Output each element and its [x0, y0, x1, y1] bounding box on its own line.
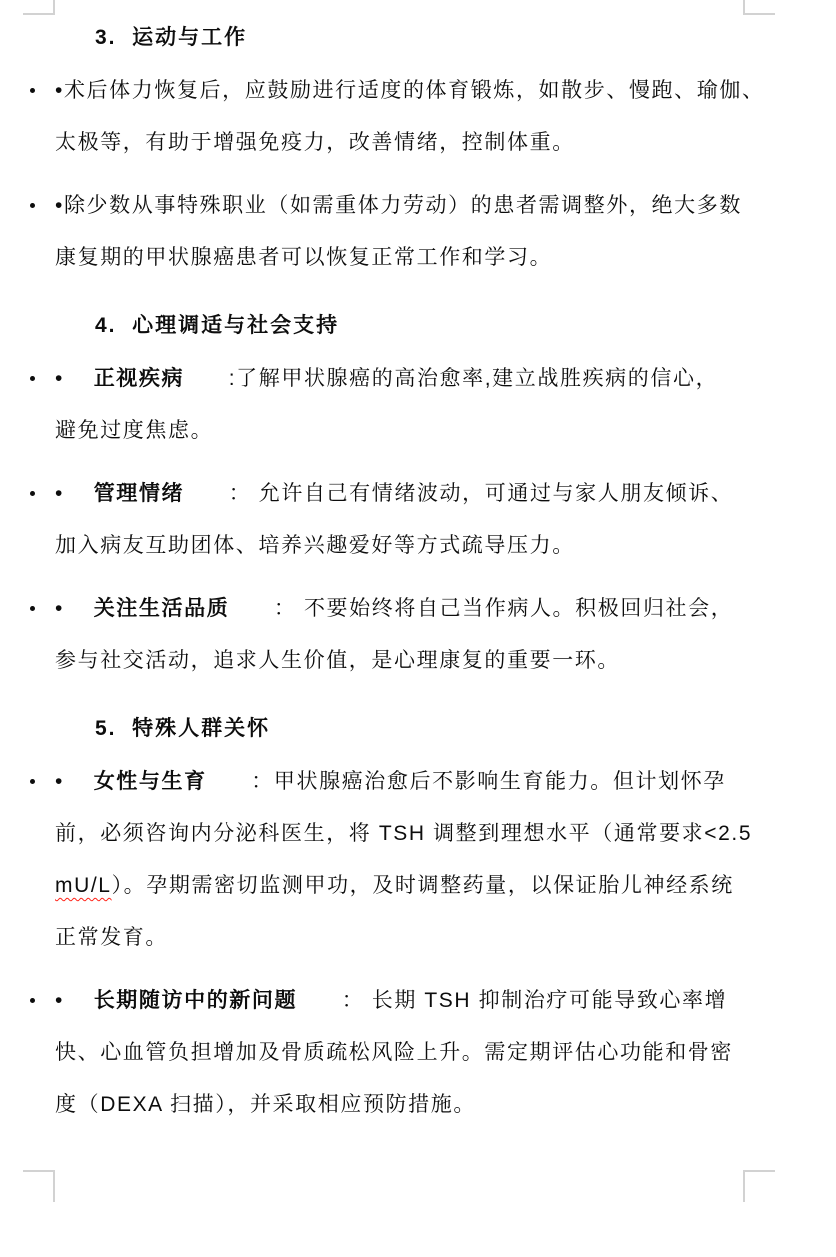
crop-mark-bottom-left — [23, 1170, 55, 1202]
text-line: •除少数从事特殊职业（如需重体力劳动）的患者需调整外，绝大多数 — [55, 180, 836, 232]
spellcheck-flagged-text: mU/L — [55, 874, 112, 897]
list-item: • 管理情绪 ： 允许自己有情绪波动，可通过与家人朋友倾诉、加入病友互助团体、培… — [55, 468, 836, 572]
document-body[interactable]: 3. 运动与工作•术后体力恢复后，应鼓励进行适度的体育锻炼，如散步、慢跑、瑜伽、… — [0, 0, 836, 1131]
text-run: :了解甲状腺癌的高治愈率,建立战胜疾病的信心， — [184, 367, 718, 390]
list-bullet-icon — [30, 606, 35, 611]
text-run: 加入病友互助团体、培养兴趣爱好等方式疏导压力。 — [55, 534, 575, 557]
text-line: • 女性与生育 ：甲状腺癌治愈后不影响生育能力。但计划怀孕 — [55, 756, 836, 808]
text-line: • 关注生活品质 ： 不要始终将自己当作病人。积极回归社会， — [55, 583, 836, 635]
list-item: • 长期随访中的新问题 ： 长期 TSH 抑制治疗可能导致心率增快、心血管负担增… — [55, 975, 836, 1131]
text-line: 正常发育。 — [55, 912, 836, 964]
section-heading: 3. 运动与工作 — [95, 12, 836, 64]
text-line: • 长期随访中的新问题 ： 长期 TSH 抑制治疗可能导致心率增 — [55, 975, 836, 1027]
bold-label: 正视疾病 — [94, 367, 184, 390]
crop-mark-bottom-right — [743, 1170, 775, 1202]
list-bullet-icon — [30, 376, 35, 381]
text-run: •除少数从事特殊职业（如需重体力劳动）的患者需调整外，绝大多数 — [55, 194, 742, 217]
text-line: 快、心血管负担增加及骨质疏松风险上升。需定期评估心功能和骨密 — [55, 1027, 836, 1079]
text-run: • — [55, 770, 94, 793]
text-line: • 正视疾病 :了解甲状腺癌的高治愈率,建立战胜疾病的信心， — [55, 353, 836, 405]
text-run: 度（DEXA 扫描），并采取相应预防措施。 — [55, 1093, 476, 1116]
document-page: 3. 运动与工作•术后体力恢复后，应鼓励进行适度的体育锻炼，如散步、慢跑、瑜伽、… — [0, 0, 836, 1257]
text-line: 前，必须咨询内分泌科医生，将 TSH 调整到理想水平（通常要求<2.5 — [55, 808, 836, 860]
text-line: mU/L）。孕期需密切监测甲功，及时调整药量，以保证胎儿神经系统 — [55, 860, 836, 912]
list-bullet-icon — [30, 88, 35, 93]
text-run: ：甲状腺癌治愈后不影响生育能力。但计划怀孕 — [207, 770, 726, 793]
text-run: ： 不要始终将自己当作病人。积极回归社会， — [229, 597, 733, 620]
text-run: 太极等，有助于增强免疫力，改善情绪，控制体重。 — [55, 131, 575, 154]
bold-label: 管理情绪 — [94, 482, 184, 505]
text-line: 避免过度焦虑。 — [55, 405, 836, 457]
list-item: • 正视疾病 :了解甲状腺癌的高治愈率,建立战胜疾病的信心，避免过度焦虑。 — [55, 353, 836, 457]
bold-label: 长期随访中的新问题 — [94, 989, 297, 1012]
bold-label: 女性与生育 — [94, 770, 207, 793]
text-line: 度（DEXA 扫描），并采取相应预防措施。 — [55, 1079, 836, 1131]
list-bullet-icon — [30, 203, 35, 208]
text-run: • — [55, 482, 94, 505]
text-line: 参与社交活动，追求人生价值，是心理康复的重要一环。 — [55, 635, 836, 687]
text-line: 加入病友互助团体、培养兴趣爱好等方式疏导压力。 — [55, 520, 836, 572]
text-run: •术后体力恢复后，应鼓励进行适度的体育锻炼，如散步、慢跑、瑜伽、 — [55, 79, 765, 102]
text-line: • 管理情绪 ： 允许自己有情绪波动，可通过与家人朋友倾诉、 — [55, 468, 836, 520]
list-bullet-icon — [30, 998, 35, 1003]
bold-label: 关注生活品质 — [94, 597, 230, 620]
text-line: 太极等，有助于增强免疫力，改善情绪，控制体重。 — [55, 117, 836, 169]
text-run: 康复期的甲状腺癌患者可以恢复正常工作和学习。 — [55, 246, 552, 269]
list-bullet-icon — [30, 491, 35, 496]
list-item: • 关注生活品质 ： 不要始终将自己当作病人。积极回归社会，参与社交活动，追求人… — [55, 583, 836, 687]
text-line: 康复期的甲状腺癌患者可以恢复正常工作和学习。 — [55, 232, 836, 284]
text-run: 避免过度焦虑。 — [55, 419, 213, 442]
text-run: • — [55, 989, 94, 1012]
list-bullet-icon — [30, 779, 35, 784]
text-run: ）。孕期需密切监测甲功，及时调整药量，以保证胎儿神经系统 — [112, 874, 734, 897]
text-run: 快、心血管负担增加及骨质疏松风险上升。需定期评估心功能和骨密 — [55, 1041, 733, 1064]
text-line: •术后体力恢复后，应鼓励进行适度的体育锻炼，如散步、慢跑、瑜伽、 — [55, 65, 836, 117]
text-run: 前，必须咨询内分泌科医生，将 TSH 调整到理想水平（通常要求<2.5 — [55, 822, 752, 845]
section-heading: 5. 特殊人群关怀 — [95, 703, 836, 755]
text-run: 正常发育。 — [55, 926, 168, 949]
text-run: • — [55, 597, 94, 620]
text-run: 参与社交活动，追求人生价值，是心理康复的重要一环。 — [55, 649, 620, 672]
list-item: •术后体力恢复后，应鼓励进行适度的体育锻炼，如散步、慢跑、瑜伽、太极等，有助于增… — [55, 65, 836, 169]
text-run: ： 长期 TSH 抑制治疗可能导致心率增 — [297, 989, 727, 1012]
text-run: ： 允许自己有情绪波动，可通过与家人朋友倾诉、 — [184, 482, 733, 505]
list-item: •除少数从事特殊职业（如需重体力劳动）的患者需调整外，绝大多数康复期的甲状腺癌患… — [55, 180, 836, 284]
list-item: • 女性与生育 ：甲状腺癌治愈后不影响生育能力。但计划怀孕前，必须咨询内分泌科医… — [55, 756, 836, 964]
text-run: • — [55, 367, 94, 390]
section-heading: 4. 心理调适与社会支持 — [95, 300, 836, 352]
